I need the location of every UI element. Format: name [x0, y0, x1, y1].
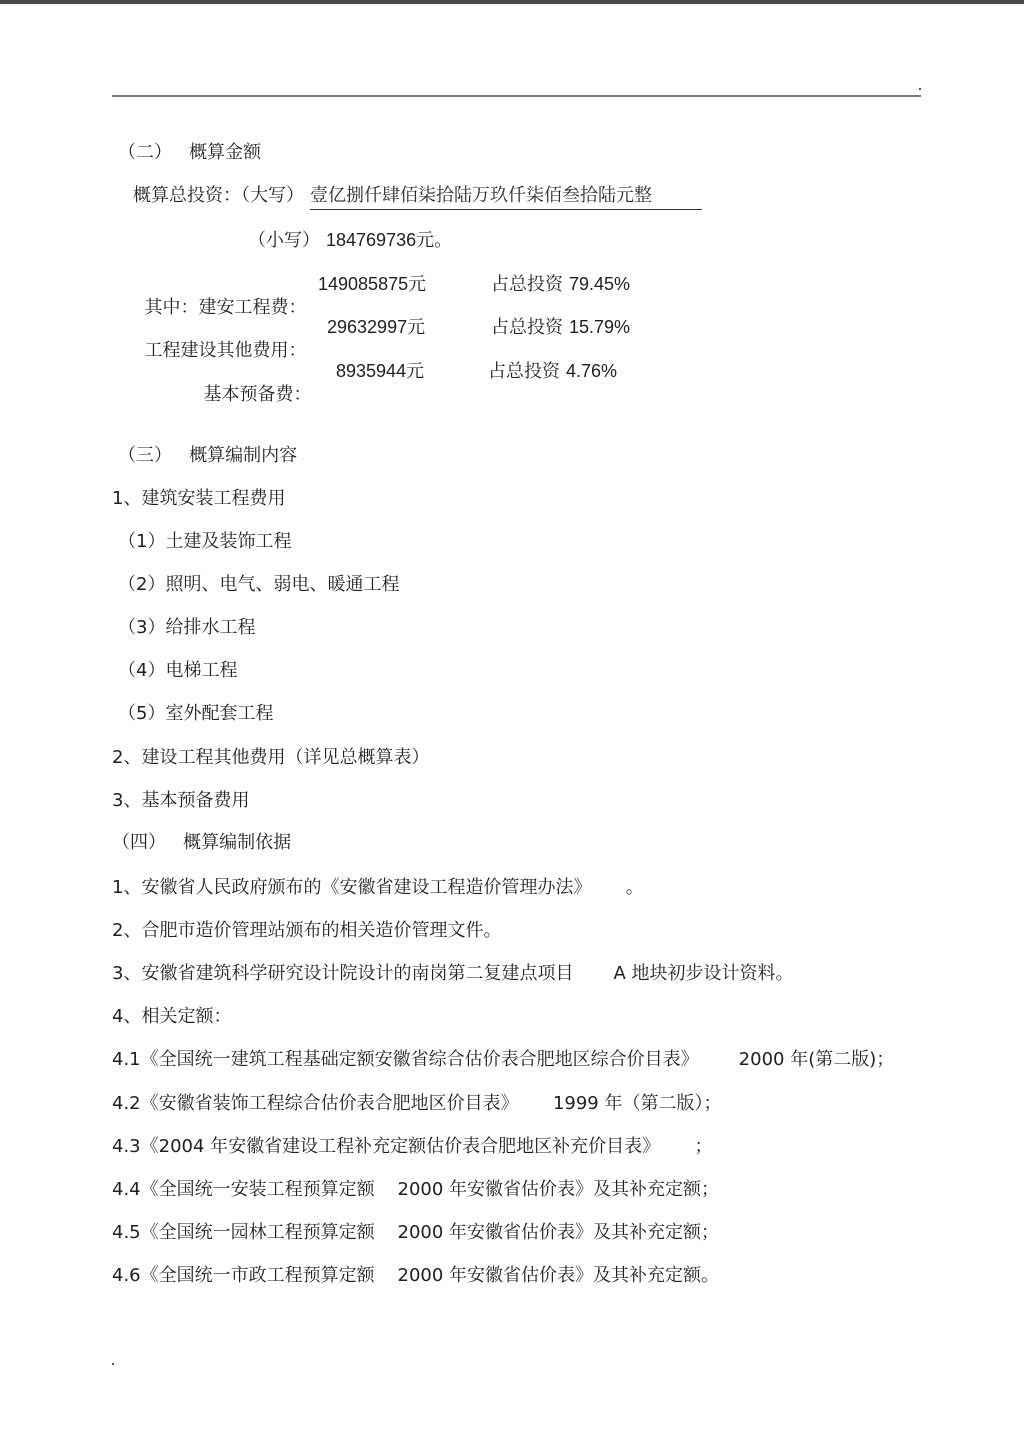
section3-heading: （三） 概算编制内容: [118, 444, 297, 468]
basis-item: 2、合肥市造价管理站颁布的相关造价管理文件。: [112, 919, 501, 943]
content-item: 2、建设工程其他费用（详见总概算表）: [112, 746, 429, 770]
content-item: （5）室外配套工程: [118, 702, 273, 726]
total-words-label: 概算总投资：（大写）: [133, 185, 304, 206]
quota-item: 4.5《全国统一园林工程预算定额 2000 年安徽省估价表》及其补充定额；: [112, 1221, 719, 1245]
basis-item: 3、安徽省建筑科学研究设计院设计的南岗第二复建点项目 A 地块初步设计资料。: [112, 962, 794, 986]
cost-share: 占总投资4.76%: [488, 359, 617, 384]
section4-heading: （四） 概算编制依据: [112, 831, 291, 855]
content-item: （1）土建及装饰工程: [118, 530, 291, 554]
total-investment-words-row: 概算总投资：（大写）壹亿捌仟肆佰柒拾陆万玖仟柒佰叁拾陆元整: [133, 184, 702, 210]
cost-amount: 149085875元: [318, 272, 426, 296]
header-rule: [112, 95, 921, 97]
content-item: （3）给排水工程: [118, 616, 255, 640]
cost-row-reserve: 基本预备费：: [192, 359, 311, 407]
cost-share: 占总投资79.45%: [491, 272, 630, 297]
content-item: （4）电梯工程: [118, 659, 237, 683]
quota-item: 4.2《安徽省装饰工程综合估价表合肥地区价目表》 1999 年（第二版）；: [112, 1092, 721, 1116]
total-small-value: 184769736: [326, 230, 416, 250]
footer-mark: [112, 1363, 114, 1365]
total-small-unit: 元。: [416, 230, 452, 251]
content-item: （2）照明、电气、弱电、暖通工程: [118, 573, 399, 597]
basis-item: 4、相关定额：: [112, 1005, 231, 1029]
cost-label: 工程建设其他费用：: [144, 340, 306, 361]
total-words-value: 壹亿捌仟肆佰柒拾陆万玖仟柒佰叁拾陆元整: [310, 184, 702, 210]
total-small-label: （小写）: [248, 230, 320, 251]
cost-row-other: 工程建设其他费用：: [133, 315, 306, 363]
cost-amount: 29632997元: [327, 315, 425, 339]
quota-item: 4.3《2004 年安徽省建设工程补充定额估价表合肥地区补充价目表》 ；: [112, 1135, 712, 1159]
page-top-border: [0, 0, 1024, 4]
cost-share: 占总投资15.79%: [491, 315, 630, 340]
content-item: 1、建筑安装工程费用: [112, 487, 285, 511]
section2-heading: （二） 概算金额: [118, 141, 261, 165]
cost-amount: 8935944元: [336, 359, 424, 383]
basis-item: 1、安徽省人民政府颁布的《安徽省建设工程造价管理办法》 。: [112, 876, 644, 900]
quota-item: 4.1《全国统一建筑工程基础定额安徽省综合估价表合肥地区综合价目表》 2000 …: [112, 1048, 894, 1072]
total-investment-number-row: （小写）184769736元。: [248, 228, 452, 253]
cost-row-construction: 其中：建安工程费：: [133, 272, 306, 320]
header-mark: [919, 88, 921, 90]
content-item: 3、基本预备费用: [112, 789, 249, 813]
quota-item: 4.6《全国统一市政工程预算定额 2000 年安徽省估价表》及其补充定额。: [112, 1264, 719, 1288]
quota-item: 4.4《全国统一安装工程预算定额 2000 年安徽省估价表》及其补充定额；: [112, 1178, 719, 1202]
cost-label: 基本预备费：: [203, 384, 311, 405]
